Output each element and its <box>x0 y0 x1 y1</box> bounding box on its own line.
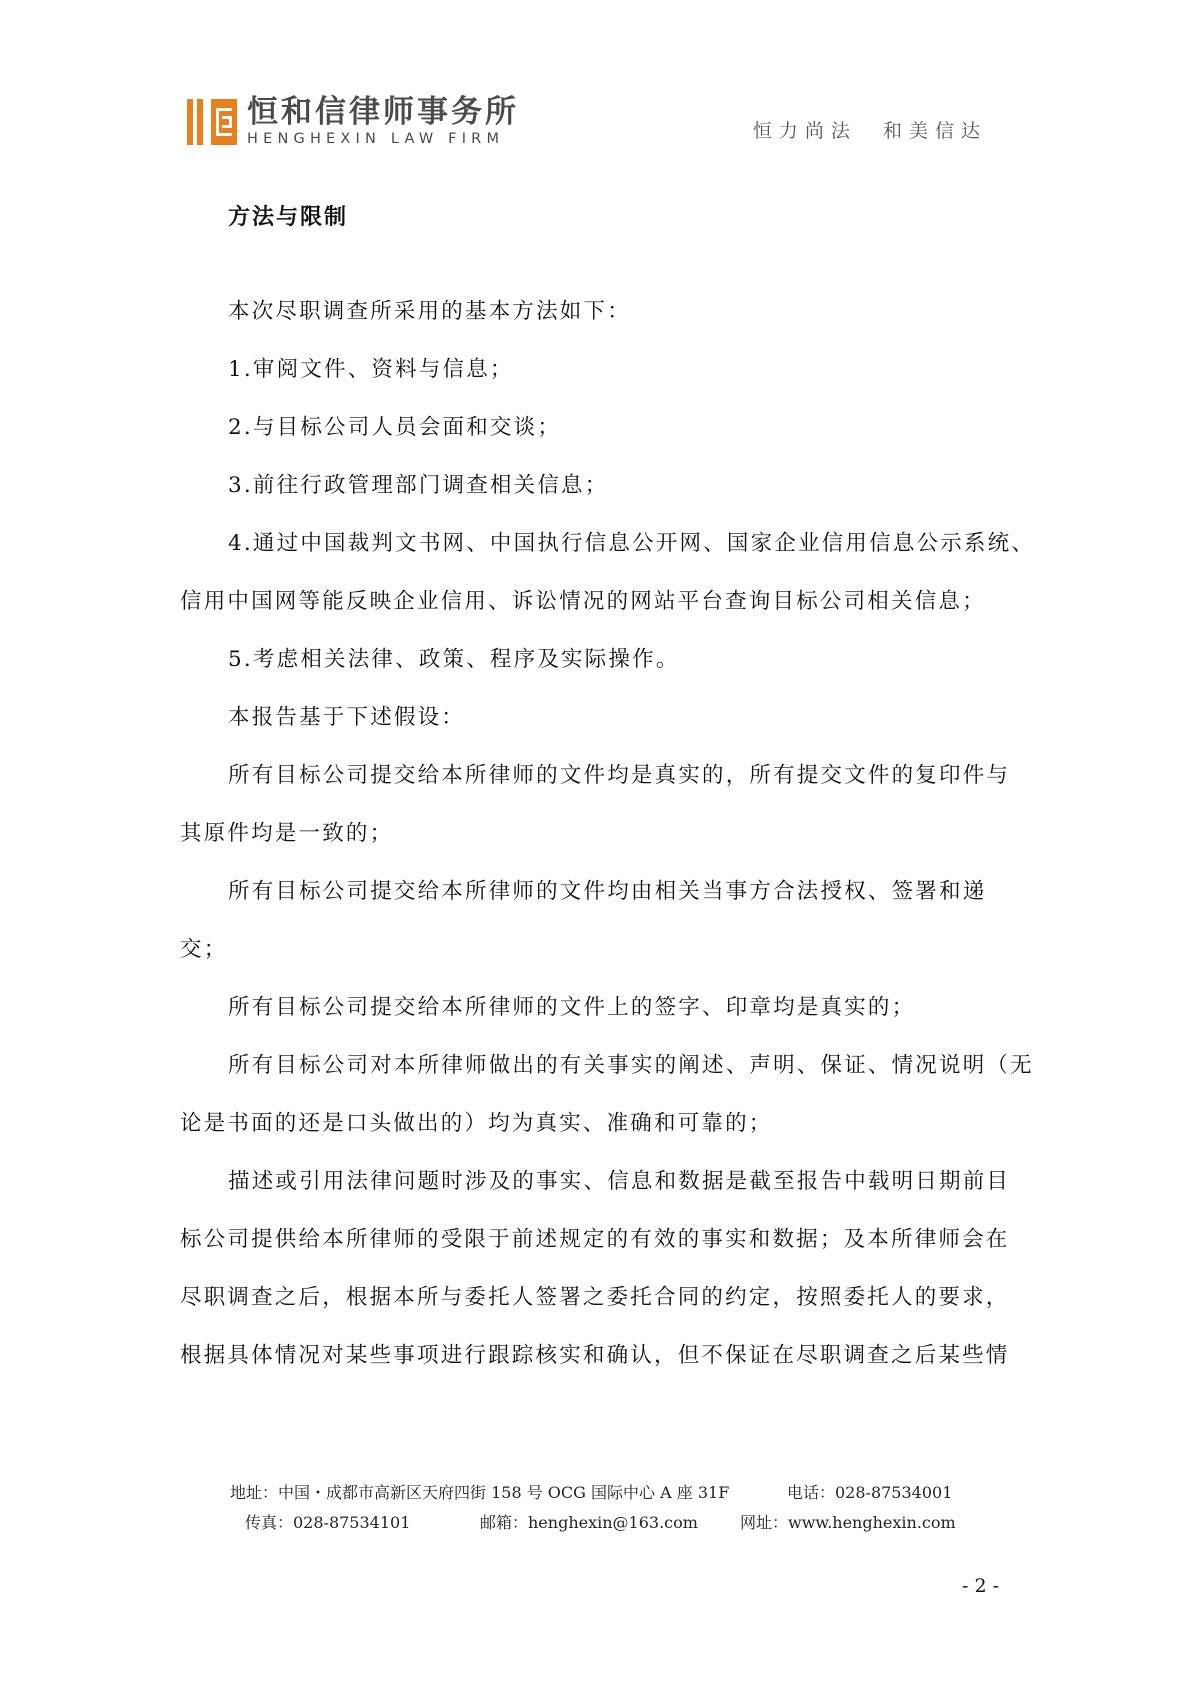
paragraph-line: 信用中国网等能反映企业信用、诉讼情况的网站平台查询目标公司相关信息； <box>180 582 986 622</box>
footer-website: 网址：www.henghexin.com <box>740 1510 956 1533</box>
section-title: 方法与限制 <box>228 200 348 231</box>
page-number: - 2 - <box>962 1575 999 1597</box>
footer-address: 地址：中国・成都市高新区天府四街 158 号 OCG 国际中心 A 座 31F <box>230 1480 729 1503</box>
paragraph-line: 根据具体情况对某些事项进行跟踪核实和确认，但不保证在尽职调查之后某些情 <box>180 1336 1010 1376</box>
letterhead: 恒和信律师事务所 HENGHEXIN LAW FIRM 恒力尚法 和美信达 <box>187 96 1007 156</box>
paragraph-line: 2.与目标公司人员会面和交谈； <box>228 408 561 448</box>
paragraph-line: 所有目标公司提交给本所律师的文件均是真实的，所有提交文件的复印件与 <box>228 756 1010 796</box>
paragraph-line: 其原件均是一致的； <box>180 814 393 854</box>
footer-email: 邮箱：henghexin@163.com <box>480 1510 698 1533</box>
firm-name-en: HENGHEXIN LAW FIRM <box>247 130 519 148</box>
footer-phone: 电话：028-87534001 <box>787 1480 952 1503</box>
paragraph-line: 4.通过中国裁判文书网、中国执行信息公开网、国家企业信用信息公示系统、 <box>228 524 1035 564</box>
firm-name-cn: 恒和信律师事务所 <box>247 96 519 128</box>
footer-fax: 传真：028-87534101 <box>245 1510 410 1533</box>
paragraph-line: 3.前往行政管理部门调查相关信息； <box>228 466 608 506</box>
firm-logo: 恒和信律师事务所 HENGHEXIN LAW FIRM <box>187 96 519 148</box>
paragraph-line: 本报告基于下述假设： <box>228 698 465 738</box>
paragraph-line: 所有目标公司提交给本所律师的文件上的签字、印章均是真实的； <box>228 988 915 1028</box>
paragraph-line: 所有目标公司对本所律师做出的有关事实的阐述、声明、保证、情况说明（无 <box>228 1046 1034 1086</box>
paragraph-line: 1.审阅文件、资料与信息； <box>228 350 514 390</box>
paragraph-line: 本次尽职调查所采用的基本方法如下： <box>228 292 631 332</box>
paragraph-line: 尽职调查之后，根据本所与委托人签署之委托合同的约定，按照委托人的要求， <box>180 1278 1010 1318</box>
paragraph-line: 描述或引用法律问题时涉及的事实、信息和数据是截至报告中载明日期前目 <box>228 1162 1010 1202</box>
paragraph-line: 所有目标公司提交给本所律师的文件均由相关当事方合法授权、签署和递 <box>228 872 986 912</box>
paragraph-line: 交； <box>180 930 227 970</box>
paragraph-line: 5.考虑相关法律、政策、程序及实际操作。 <box>228 640 680 680</box>
firm-motto: 恒力尚法 和美信达 <box>753 116 987 143</box>
logo-mark-icon <box>187 99 237 145</box>
paragraph-line: 论是书面的还是口头做出的）均为真实、准确和可靠的； <box>180 1104 773 1144</box>
paragraph-line: 标公司提供给本所律师的受限于前述规定的有效的事实和数据；及本所律师会在 <box>180 1220 1010 1260</box>
